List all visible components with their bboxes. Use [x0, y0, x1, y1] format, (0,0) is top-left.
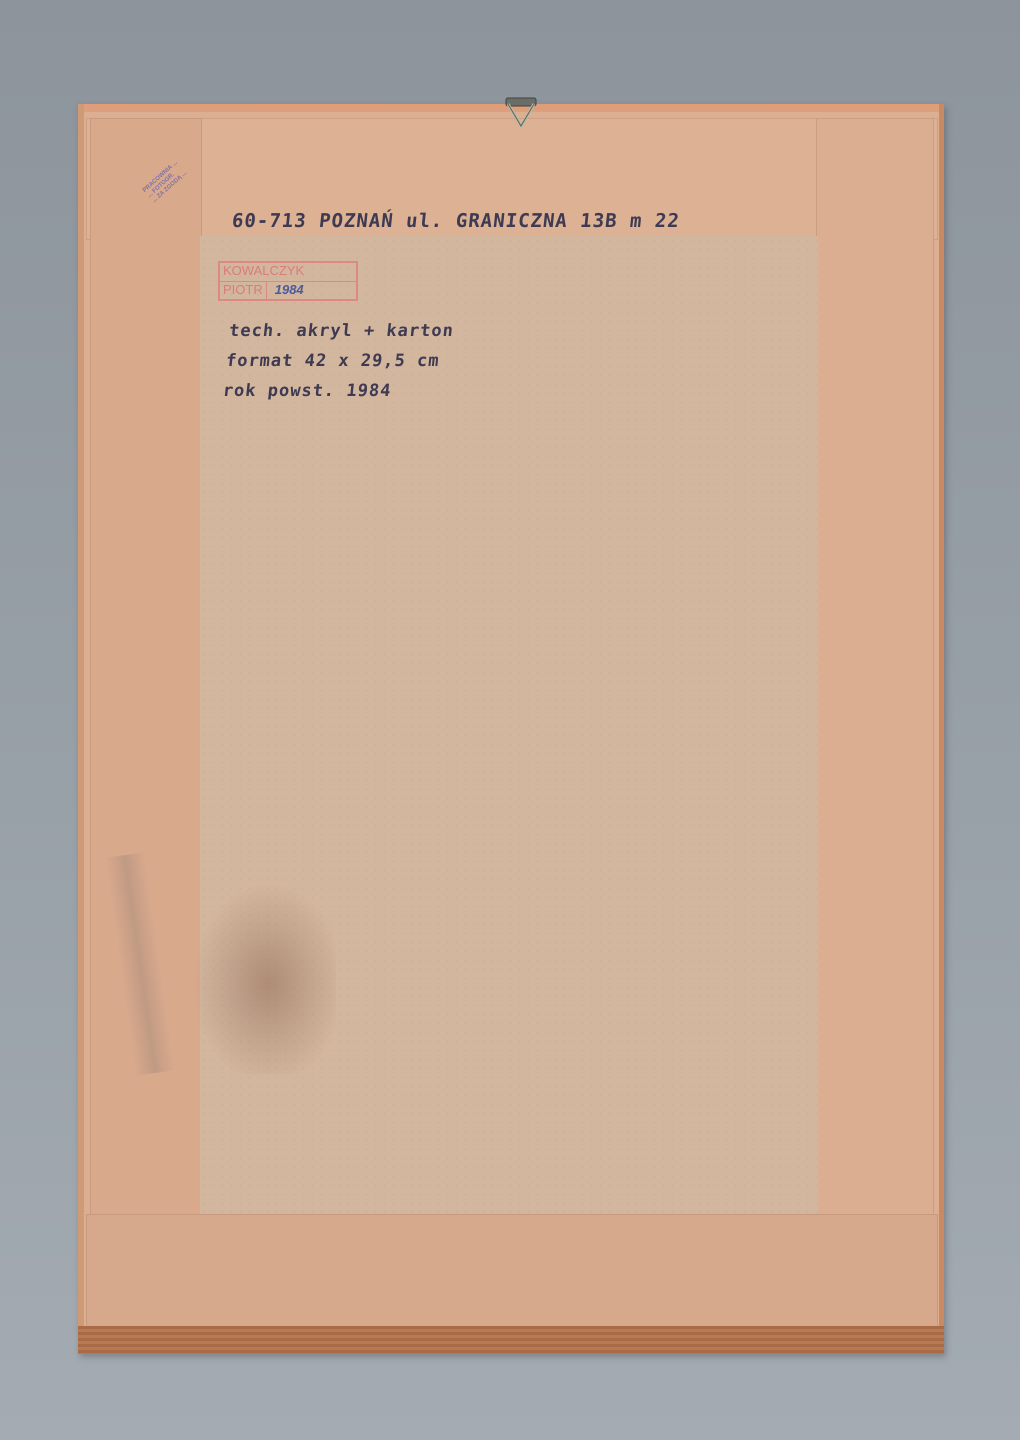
frame-right-edge — [939, 104, 944, 1354]
technique-note: tech. akryl + karton — [228, 316, 456, 346]
stamp-surname: KOWALCZYK — [220, 263, 307, 281]
paper-tape-right — [816, 118, 934, 1320]
picture-frame-back: PRACOWNIA ... ... FOTOGR. ... ZA ZGODĄ .… — [78, 104, 944, 1354]
paper-tape-left — [90, 118, 202, 1320]
stamp-first-name: PIOTR — [220, 282, 266, 300]
frame-left-edge — [78, 104, 84, 1354]
handwritten-notes: tech. akryl + karton format 42 x 29,5 cm… — [221, 316, 455, 406]
artist-name-stamp: KOWALCZYK PIOTR 1984 — [218, 261, 358, 301]
format-note: format 42 x 29,5 cm — [224, 346, 452, 376]
triangle-hanger-icon — [500, 92, 542, 130]
year-note: rok powst. 1984 — [221, 376, 449, 406]
paper-tape-bottom — [86, 1214, 938, 1336]
frame-bottom-edge — [78, 1326, 944, 1354]
stamp-year: 1984 — [266, 282, 356, 300]
handwritten-address: 60-713 POZNAŃ ul. GRANICZNA 13B m 22 — [231, 210, 681, 232]
